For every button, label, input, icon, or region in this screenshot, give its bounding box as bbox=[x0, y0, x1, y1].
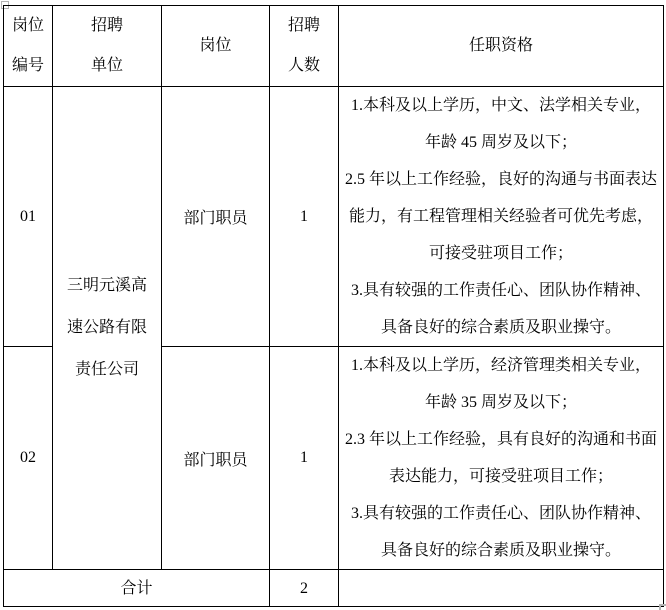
table-row: 01 三明元溪高 速公路有限 责任公司 部门职员 1 1.本科及以上学历，中文、… bbox=[4, 87, 664, 347]
header-cell-post: 岗位 bbox=[162, 6, 270, 87]
headcount-cell-01: 1 bbox=[270, 87, 339, 347]
header-cell-post-id: 岗位 编号 bbox=[4, 6, 53, 87]
total-qualifications-empty-cell bbox=[339, 570, 664, 607]
header-cell-headcount: 招聘 人数 bbox=[270, 6, 339, 87]
total-row: 合计 2 bbox=[4, 570, 664, 607]
header-cell-qualifications: 任职资格 bbox=[339, 6, 664, 87]
qualifications-cell-01: 1.本科及以上学历，中文、法学相关专业， 年龄 45 周岁及以下； 2.5 年以… bbox=[339, 87, 664, 347]
employer-cell: 三明元溪高 速公路有限 责任公司 bbox=[53, 87, 162, 570]
post-id-cell-02: 02 bbox=[4, 347, 53, 570]
headcount-cell-02: 1 bbox=[270, 347, 339, 570]
document-page: 岗位 编号 招聘 单位 岗位 招聘 人数 任职资格 01 三明元溪高 速公路有限… bbox=[0, 0, 666, 610]
total-headcount-cell: 2 bbox=[270, 570, 339, 607]
total-label-cell: 合计 bbox=[4, 570, 270, 607]
qualifications-cell-02: 1.本科及以上学历，经济管理类相关专业， 年龄 35 周岁及以下； 2.3 年以… bbox=[339, 347, 664, 570]
header-cell-employer: 招聘 单位 bbox=[53, 6, 162, 87]
post-cell-02: 部门职员 bbox=[162, 347, 270, 570]
recruitment-table: 岗位 编号 招聘 单位 岗位 招聘 人数 任职资格 01 三明元溪高 速公路有限… bbox=[3, 5, 664, 607]
post-id-cell-01: 01 bbox=[4, 87, 53, 347]
table-header-row: 岗位 编号 招聘 单位 岗位 招聘 人数 任职资格 bbox=[4, 6, 664, 87]
table-resize-handle-artifact bbox=[659, 604, 666, 610]
post-cell-01: 部门职员 bbox=[162, 87, 270, 347]
